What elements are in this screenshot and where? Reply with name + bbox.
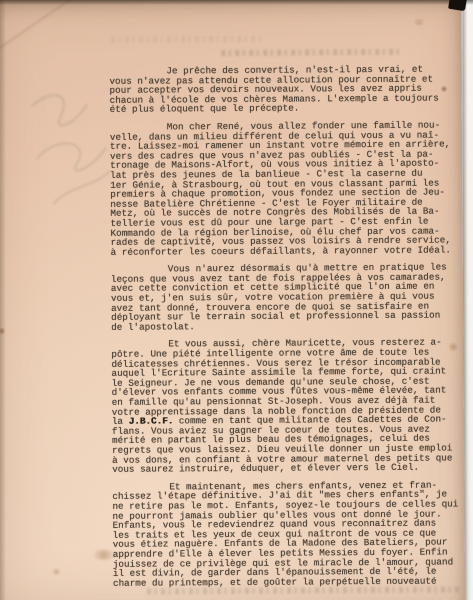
letter-paragraph: Vous n'aurez désormais qu'à mettre en pr…: [111, 263, 463, 333]
scanned-letter: Je prêche des convertis, n'est-il pas vr…: [0, 0, 473, 600]
stain: [411, 19, 427, 26]
letter-line: vous saurez instruire, éduquer, et éleve…: [112, 463, 464, 475]
scanner-background-strip: [463, 0, 473, 600]
letter-line: de l'apostolat.: [111, 320, 463, 332]
letter-paper: Je prêche des convertis, n'est-il pas vr…: [0, 0, 465, 600]
paper-crease: [0, 0, 80, 56]
letter-body: Je prêche des convertis, n'est-il pas vr…: [109, 64, 465, 596]
letter-paragraph: Je prêche des convertis, n'est-il pas vr…: [109, 64, 461, 114]
scan-top-edge: [0, 0, 473, 5]
scan-left-edge: [0, 0, 6, 600]
letter-line: été plus éloquent que le précepte.: [110, 103, 462, 115]
letter-line: à réconforter les coeurs défaillants, à …: [111, 245, 463, 257]
letter-paragraph: Mon cher René, vous allez fonder une fam…: [110, 120, 463, 257]
letter-line: charme du printemps, et de goûter la per…: [113, 576, 465, 588]
letter-paragraph: Et vous aussi, chère Mauricette, vous re…: [111, 338, 464, 475]
stain: [51, 568, 62, 575]
bleedthrough-ghost-line: [221, 49, 403, 56]
bleedthrough-ghost-line: [111, 36, 261, 43]
letter-paragraph: Et maintenant, mes chers enfants, venez …: [112, 480, 465, 588]
